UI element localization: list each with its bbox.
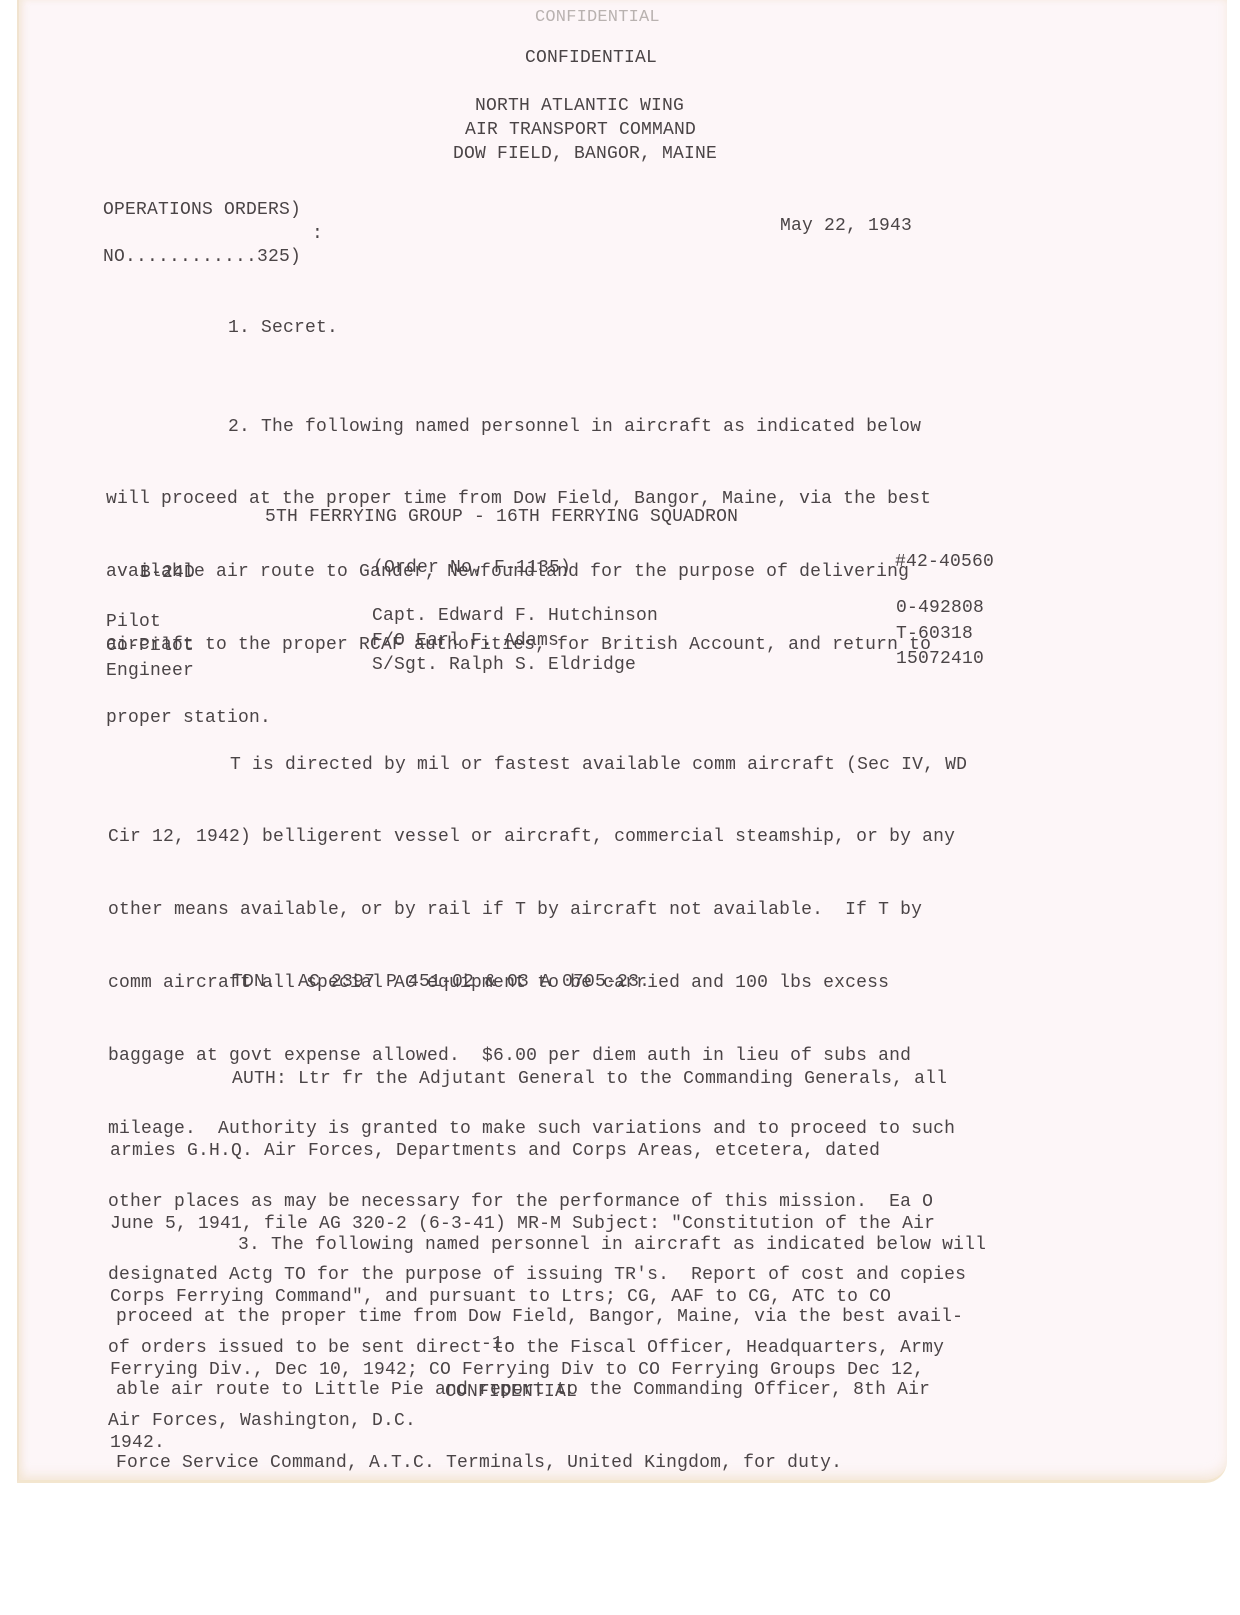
aircraft-serial: #42-40560 xyxy=(895,552,994,572)
section-3: 3. The following named personnel in airc… xyxy=(116,1184,986,1500)
bleed-through-mark: CONFIDENTIAL xyxy=(535,8,660,27)
crew-role: Pilot xyxy=(106,612,161,632)
aircraft-type: B-24D xyxy=(140,563,195,583)
document-date: May 22, 1943 xyxy=(780,216,912,236)
crew-serial: 0-492808 xyxy=(896,598,984,618)
orders-title: OPERATIONS ORDERS) xyxy=(103,200,301,220)
orders-colon: : xyxy=(312,224,323,244)
crew-role: Engineer xyxy=(106,661,194,681)
header-classification: CONFIDENTIAL xyxy=(525,48,657,68)
page-number: -1- xyxy=(481,1334,514,1354)
unit-heading: 5TH FERRYING GROUP - 16TH FERRYING SQUAD… xyxy=(265,507,738,527)
crew-serial: 15072410 xyxy=(896,649,984,669)
letterhead-line: DOW FIELD, BANGOR, MAINE xyxy=(453,144,717,164)
paragraph-line: other means available, or by rail if T b… xyxy=(108,898,967,922)
aircraft-order-no: (Order No. F-1135) xyxy=(373,558,571,578)
letterhead-line: AIR TRANSPORT COMMAND xyxy=(465,120,696,140)
paragraph-line: Force Service Command, A.T.C. Terminals,… xyxy=(116,1451,986,1475)
crew-name: Capt. Edward F. Hutchinson xyxy=(372,606,658,626)
paragraph-line: Cir 12, 1942) belligerent vessel or airc… xyxy=(108,825,967,849)
paragraph-line: AUTH: Ltr fr the Adjutant General to the… xyxy=(110,1067,947,1091)
crew-serial: T-60318 xyxy=(896,624,973,644)
paragraph-line: armies G.H.Q. Air Forces, Departments an… xyxy=(110,1139,947,1163)
section-1: 1. Secret. xyxy=(228,318,338,338)
paragraph-line: 2. The following named personnel in airc… xyxy=(106,415,931,439)
tdn-line: TDN. AC 2397 P 451-02 & 03 A 0705-23. xyxy=(232,972,650,992)
orders-number: NO............325) xyxy=(103,247,301,267)
footer-classification: CONFIDENTIAL xyxy=(445,1382,577,1402)
crew-name: F/O Earl F. Adams xyxy=(372,631,559,651)
crew-name: S/Sgt. Ralph S. Eldridge xyxy=(372,655,636,675)
paragraph-line: 3. The following named personnel in airc… xyxy=(116,1233,986,1257)
crew-role: Co-Pilot xyxy=(106,636,194,656)
paragraph-line: T is directed by mil or fastest availabl… xyxy=(108,753,967,777)
paragraph-line: proceed at the proper time from Dow Fiel… xyxy=(116,1305,986,1329)
letterhead-line: NORTH ATLANTIC WING xyxy=(475,96,684,116)
